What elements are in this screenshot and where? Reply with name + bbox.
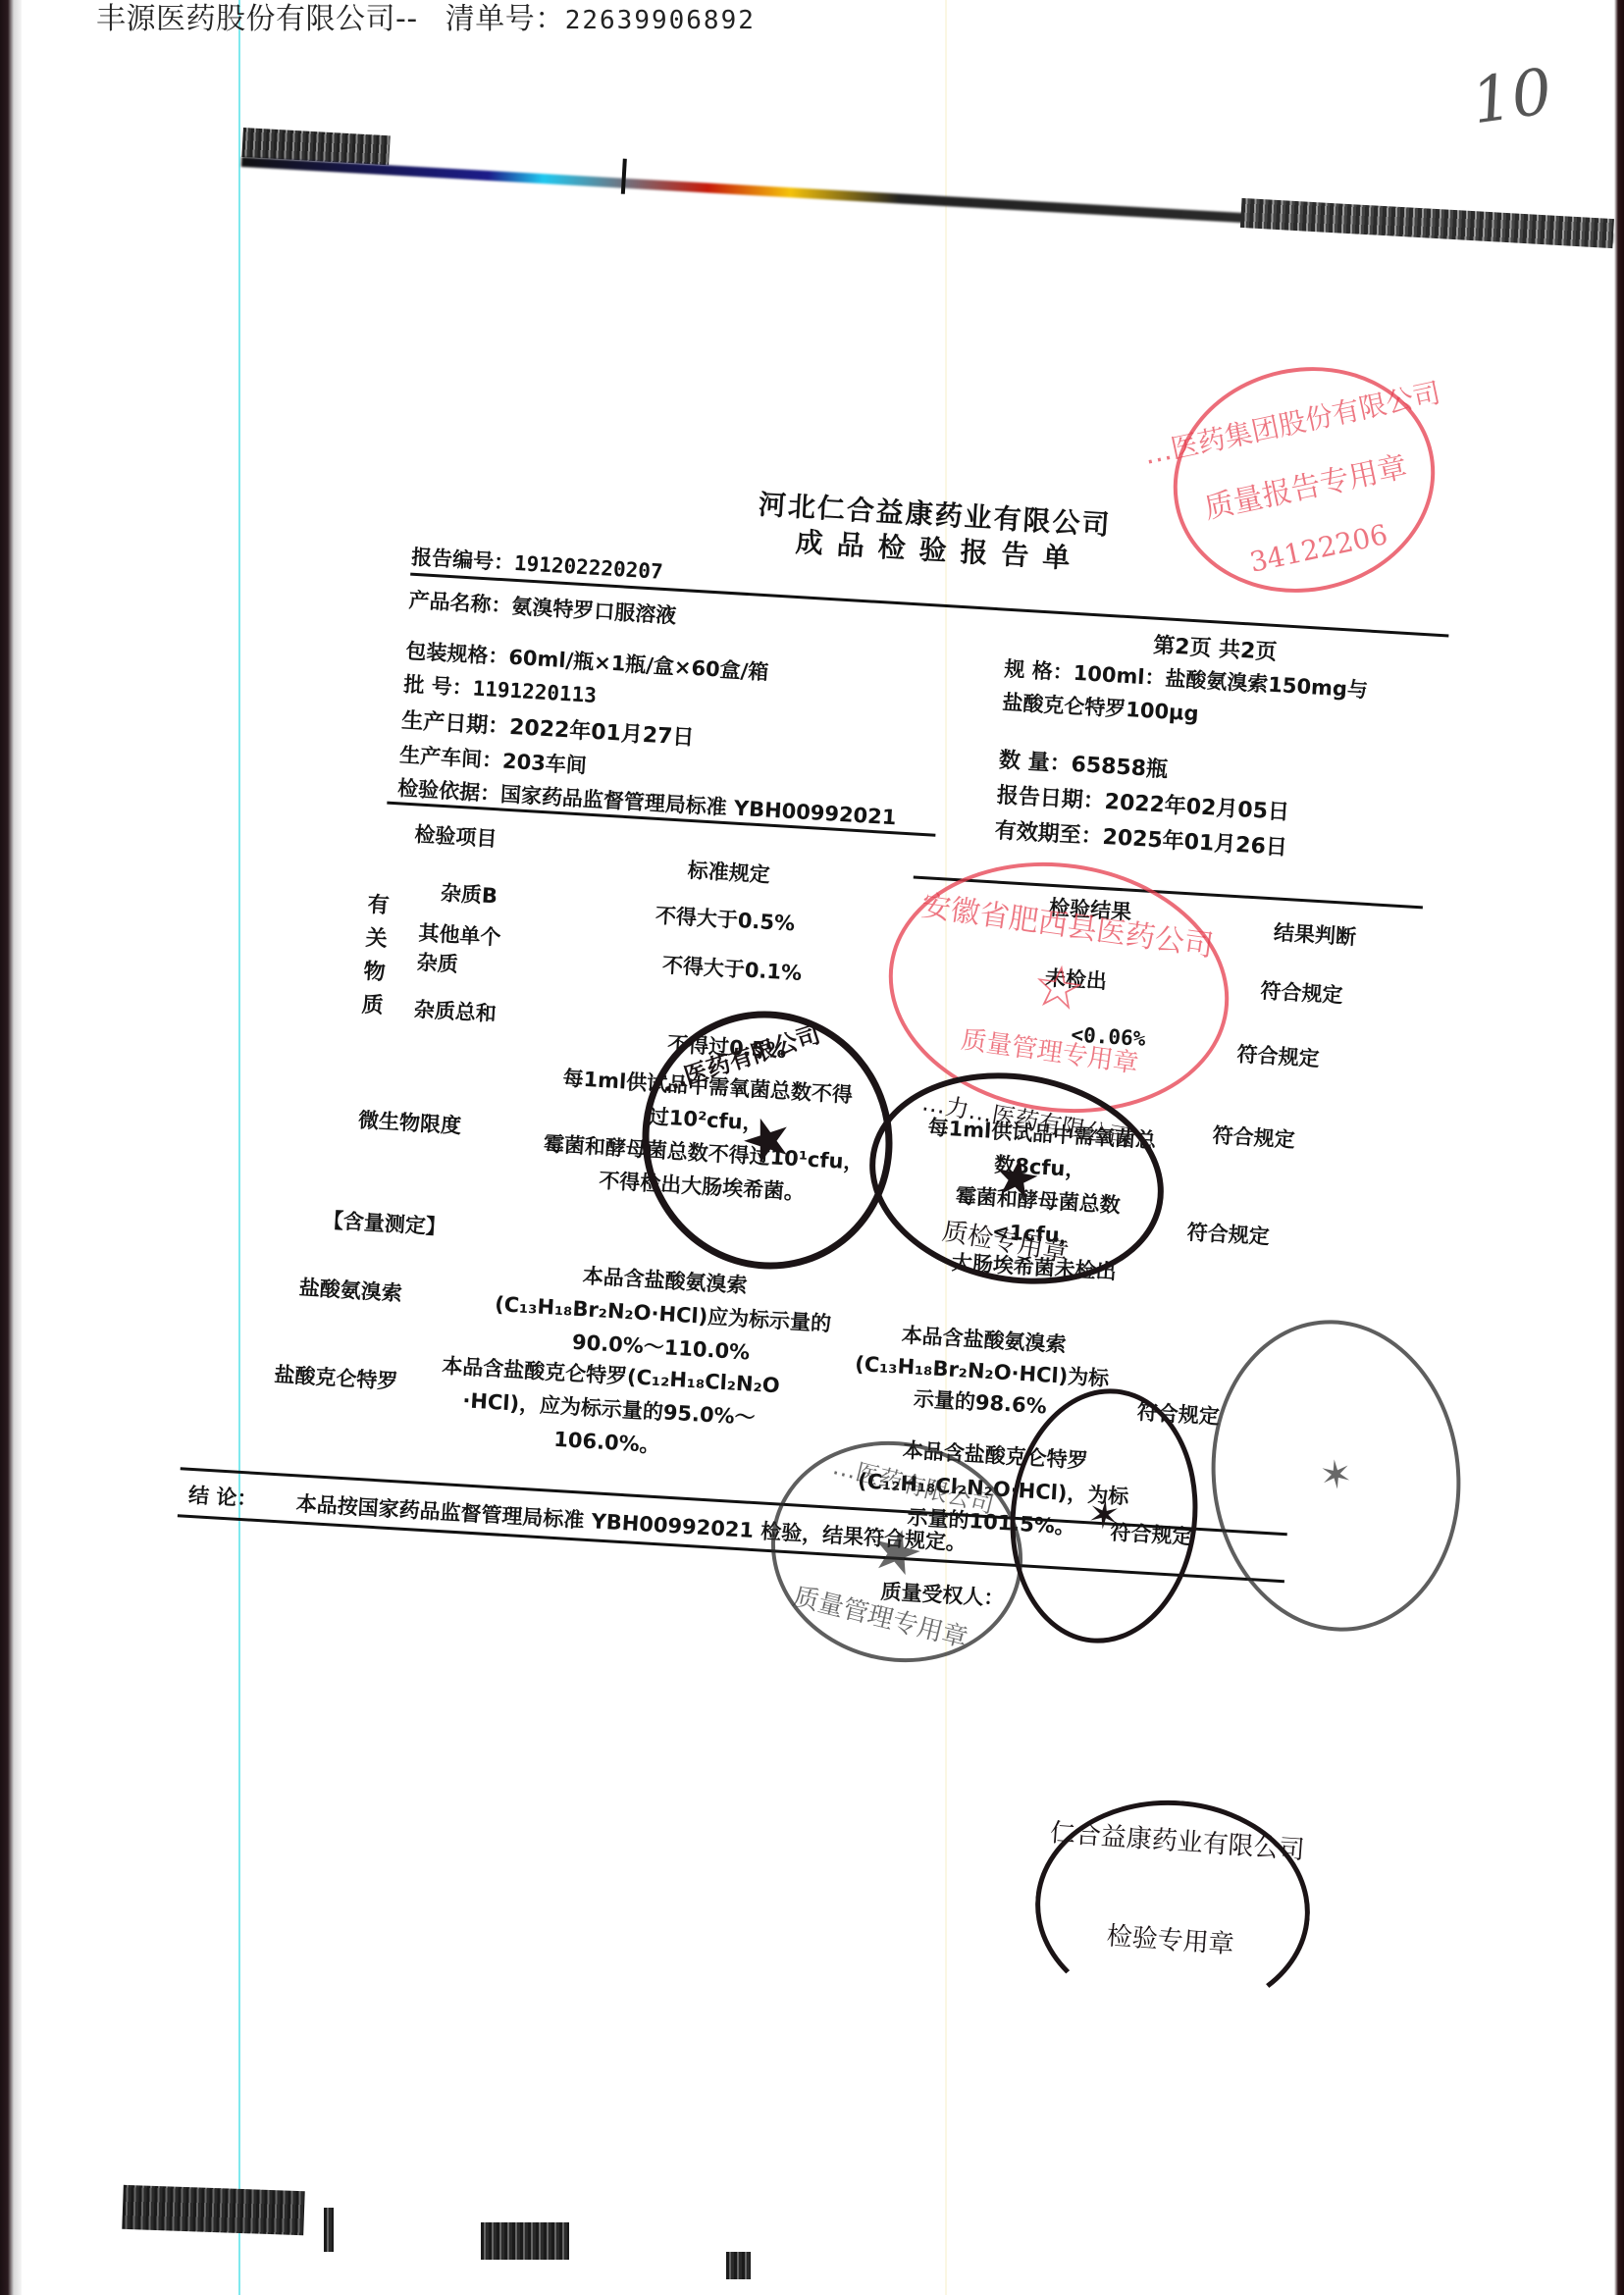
star-icon: ☆ (1028, 955, 1089, 1020)
expiry-value: 2025年01月26日 (1102, 825, 1288, 861)
stamp-center-text: 质检专用章 (940, 1211, 1072, 1269)
stamp-center-text: 质量管理专用章 (959, 1019, 1140, 1080)
quantity-label: 数 量： (998, 749, 1072, 777)
workshop-value: 203车间 (501, 750, 587, 778)
header-list-number: 22639906892 (565, 6, 756, 35)
report-number: 报告编号：191202220207 (410, 542, 663, 586)
row-judgement-microbial: 符合规定 (1186, 1217, 1271, 1251)
scan-noise (726, 2252, 751, 2279)
stamp-number: 34122206 (1247, 518, 1390, 579)
group-label-related-substances: 有关物质 (354, 892, 393, 1027)
scan-left-edge (0, 0, 22, 2295)
product-name-label: 产品名称： (408, 589, 512, 618)
star-icon: ✶ (1085, 1494, 1123, 1537)
scan-guide-line (238, 0, 240, 2295)
star-icon: ✶ (1318, 1454, 1355, 1496)
assay-item-clenbuterol: 盐酸克仑特罗 (274, 1359, 399, 1395)
report-date-value: 2022年02月05日 (1104, 790, 1290, 825)
packaging-label: 包装规格： (405, 639, 509, 668)
quantity-value: 65858瓶 (1071, 753, 1169, 783)
scan-noise (621, 159, 627, 194)
scan-right-edge (1614, 0, 1624, 2295)
star-icon: ★ (864, 1517, 930, 1587)
spec-label: 规 格： (1004, 657, 1074, 685)
row-item-other-single: 其他单个杂质 (416, 917, 517, 982)
row-standard-impurity-b: 不得大于0.5% (655, 900, 796, 937)
row-judgement-impurity-b: 符合规定 (1260, 975, 1344, 1010)
scan-noise (481, 2222, 569, 2260)
assay-standard-clenbuterol: 本品含盐酸克仑特罗(C₁₂H₁₈Cl₂N₂O ·HCl)，应为标示量的95.0%… (437, 1349, 780, 1469)
workshop-label: 生产车间： (399, 743, 503, 772)
col-header-item: 检验项目 (414, 818, 498, 853)
basis-label: 检验依据： (397, 776, 501, 806)
star-icon: ★ (733, 1104, 802, 1176)
page-info: 第2页 共2页 (1152, 629, 1278, 666)
stamp-center-text: 检验专用章 (1106, 1915, 1235, 1960)
report-number-value: 191202220207 (513, 551, 663, 584)
production-date-value: 2022年01月27日 (508, 715, 695, 751)
row-item-total-impurities: 杂质总和 (413, 994, 498, 1028)
row-item-microbial: 微生物限度 (357, 1104, 462, 1139)
header-company: 丰源医药股份有限公司-- (96, 2, 418, 36)
scan-noise (324, 2208, 334, 2252)
conclusion-label: 结 论： (187, 1480, 258, 1513)
col-header-judgement: 结果判断 (1273, 916, 1357, 951)
assay-section-label: 【含量测定】 (322, 1204, 447, 1240)
row-judgement-other-single: 符合规定 (1236, 1038, 1321, 1072)
product-name: 产品名称：氨溴特罗口服溶液 (408, 585, 677, 630)
batch-number: 批 号：1191220113 (403, 668, 598, 709)
product-name-value: 氨溴特罗口服溶液 (511, 595, 677, 628)
specification-line2: 盐酸克仑特罗100μg (1002, 687, 1200, 728)
production-date-label: 生产日期： (401, 708, 510, 739)
header-caption: 丰源医药股份有限公司-- 清单号：22639906892 (96, 0, 756, 37)
row-judgement-total-impurities: 符合规定 (1212, 1120, 1296, 1154)
batch-value: 1191220113 (472, 677, 598, 707)
assay-item-ambroxol: 盐酸氨溴索 (298, 1272, 403, 1307)
report-number-label: 报告编号： (411, 546, 515, 575)
scan-noise (1240, 198, 1614, 248)
row-standard-other-single: 不得大于0.1% (661, 950, 803, 987)
batch-label: 批 号： (403, 672, 474, 700)
row-item-impurity-b: 杂质B (440, 877, 498, 910)
report-date-label: 报告日期： (996, 783, 1105, 813)
col-header-standard: 标准规定 (687, 855, 771, 889)
star-icon: ★ (988, 1148, 1044, 1209)
expiry-label: 有效期至： (994, 818, 1103, 849)
scan-top-band (236, 128, 1615, 351)
header-list-label: 清单号： (445, 2, 565, 36)
scan-noise (122, 2185, 304, 2235)
handwritten-page-number: 10 (1467, 56, 1556, 139)
quantity: 数 量：65858瓶 (998, 744, 1169, 784)
